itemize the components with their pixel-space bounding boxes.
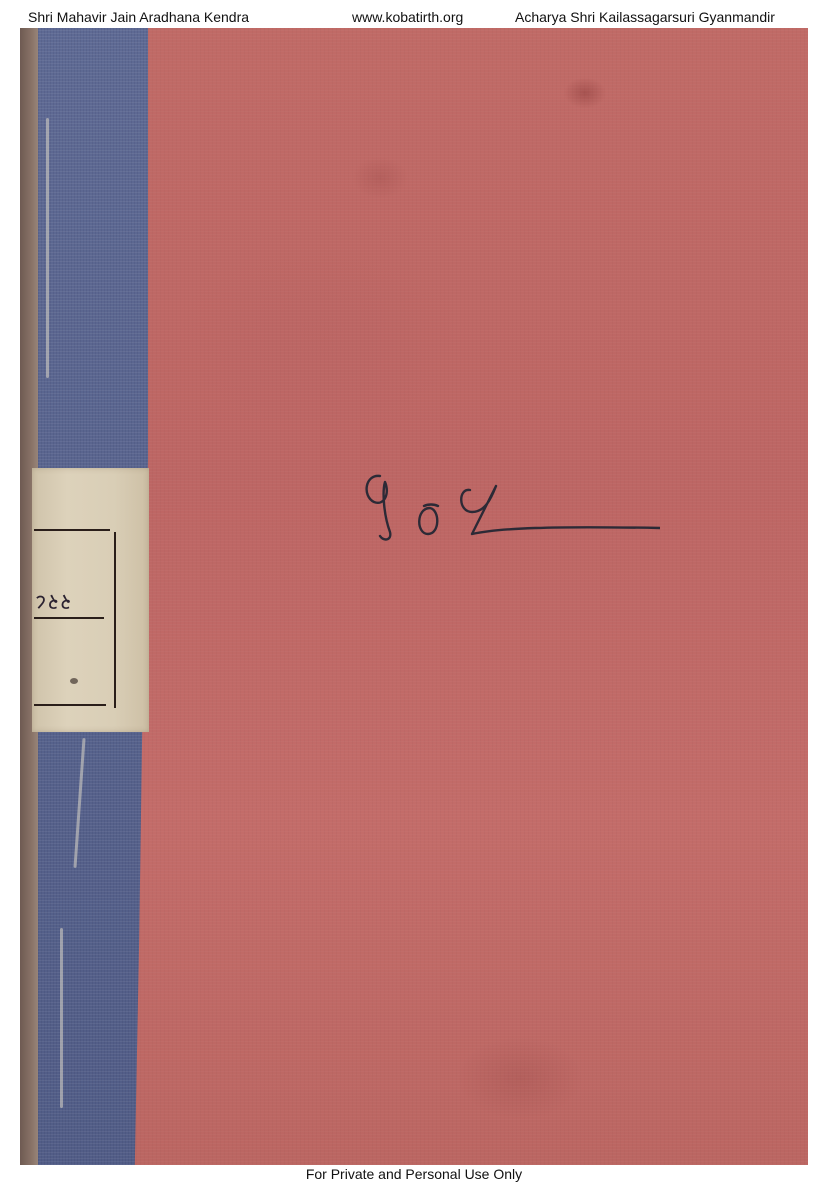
ink-spot — [70, 678, 78, 684]
label-rule — [114, 532, 116, 708]
label-rule — [34, 704, 106, 706]
header-institution-name: Shri Mahavir Jain Aradhana Kendra — [28, 9, 249, 25]
label-rule — [34, 529, 110, 531]
header-website: www.kobatirth.org — [352, 9, 463, 25]
spine-label-number: २२८ — [34, 588, 71, 618]
spine-wear-mark — [60, 928, 63, 1108]
footer-usage-notice: For Private and Personal Use Only — [0, 1166, 828, 1182]
book-cover-scan: २२८ — [20, 28, 808, 1165]
spine-wear-mark — [46, 118, 49, 378]
header-library-name: Acharya Shri Kailassagarsuri Gyanmandir — [515, 9, 775, 25]
